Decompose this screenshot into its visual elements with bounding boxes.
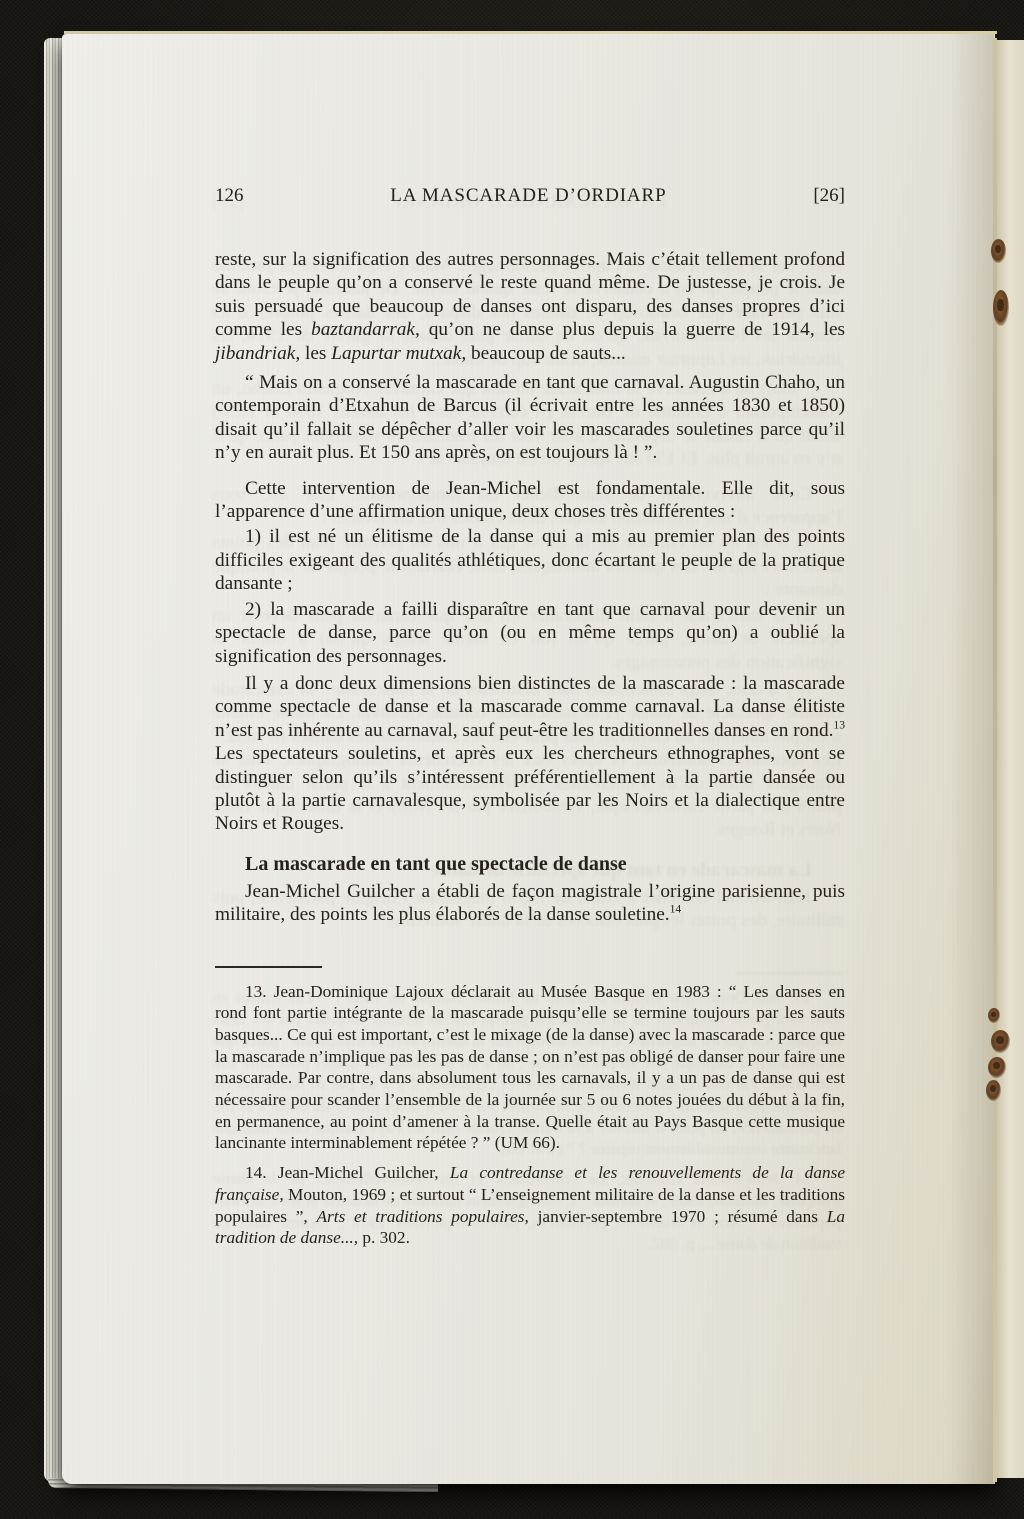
section-heading: La mascarade en tant que spectacle de da… [215,852,845,876]
paragraph-list-item: 2) la mascarade a failli disparaître en … [215,598,845,668]
binding-stain [988,1057,1006,1078]
binding-stain [988,1008,1000,1023]
paragraph-list-item: 1) il est né un élitisme de la danse qui… [215,525,845,595]
paragraph: Jean-Michel Guilcher a établi de façon m… [215,880,845,927]
body-text: reste, sur la signification des autres p… [215,248,845,927]
footnote: 13. Jean-Dominique Lajoux déclarait au M… [215,981,845,1155]
footnote: 14. Jean-Michel Guilcher, La contredanse… [215,1162,845,1249]
paragraph: “ Mais on a conservé la mascarade en tan… [215,371,845,465]
page-content: 126 LA MASCARADE D’ORDIARP [26] reste, s… [215,186,845,1249]
paragraph: reste, sur la signification des autres p… [215,248,845,365]
issue-reference: [26] [813,186,845,206]
page-number: 126 [215,186,244,206]
running-title: LA MASCARADE D’ORDIARP [390,186,666,206]
page-stack-left-edge [44,38,64,1482]
binding-stain [993,290,1009,326]
footnotes: 13. Jean-Dominique Lajoux déclarait au M… [215,981,845,1249]
page-header: 126 LA MASCARADE D’ORDIARP [26] [215,186,845,206]
book-page: 126 LA MASCARADE D’ORDIARP [26] reste, s… [62,34,995,1484]
paragraph: Il y a donc deux dimensions bien distinc… [215,672,845,836]
binding-stain [986,1080,1001,1101]
footnote-separator [215,966,322,968]
paragraph: Cette intervention de Jean-Michel est fo… [215,477,845,524]
binding-stain [991,1030,1010,1053]
binding-stain [991,239,1006,263]
scan-background: { "page": { "colors": { "background": "#… [0,0,1024,1519]
